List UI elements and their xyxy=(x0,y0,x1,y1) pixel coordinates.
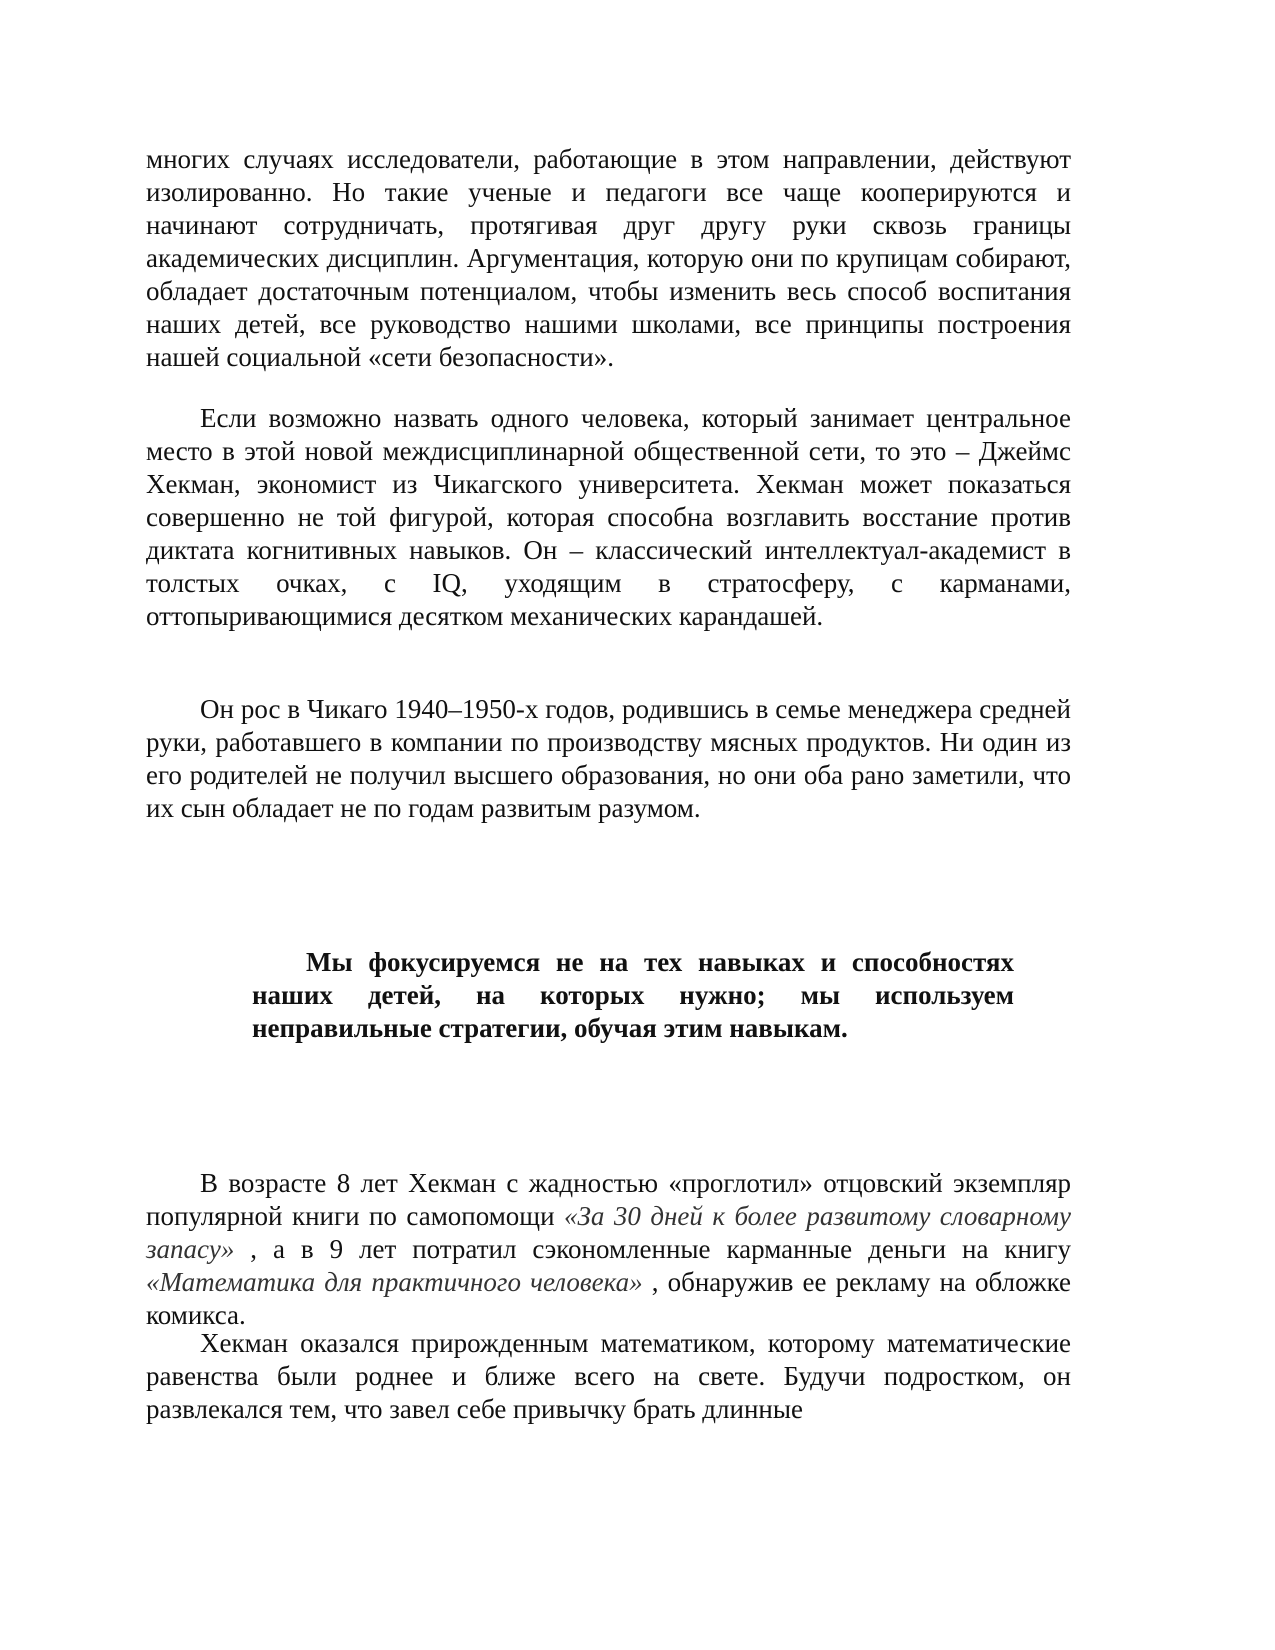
paragraph-1: многих случаях исследователи, работающие… xyxy=(146,143,1071,374)
paragraph-4-text-2: , а в 9 лет потратил сэкономленные карма… xyxy=(234,1234,1071,1264)
paragraph-3: Он рос в Чикаго 1940–1950-х годов, родив… xyxy=(146,693,1071,825)
book-title-mathematics: «Математика для практичного человека» xyxy=(146,1267,643,1297)
document-page: многих случаях исследователи, работающие… xyxy=(0,0,1275,1650)
paragraph-4: В возрасте 8 лет Хекман с жадностью «про… xyxy=(146,1167,1071,1332)
pull-quote: Мы фокусируемся не на тех навыках и спос… xyxy=(252,946,1014,1045)
paragraph-2: Если возможно назвать одного человека, к… xyxy=(146,402,1071,633)
paragraph-5: Хекман оказался прирожденным математиком… xyxy=(146,1327,1071,1426)
